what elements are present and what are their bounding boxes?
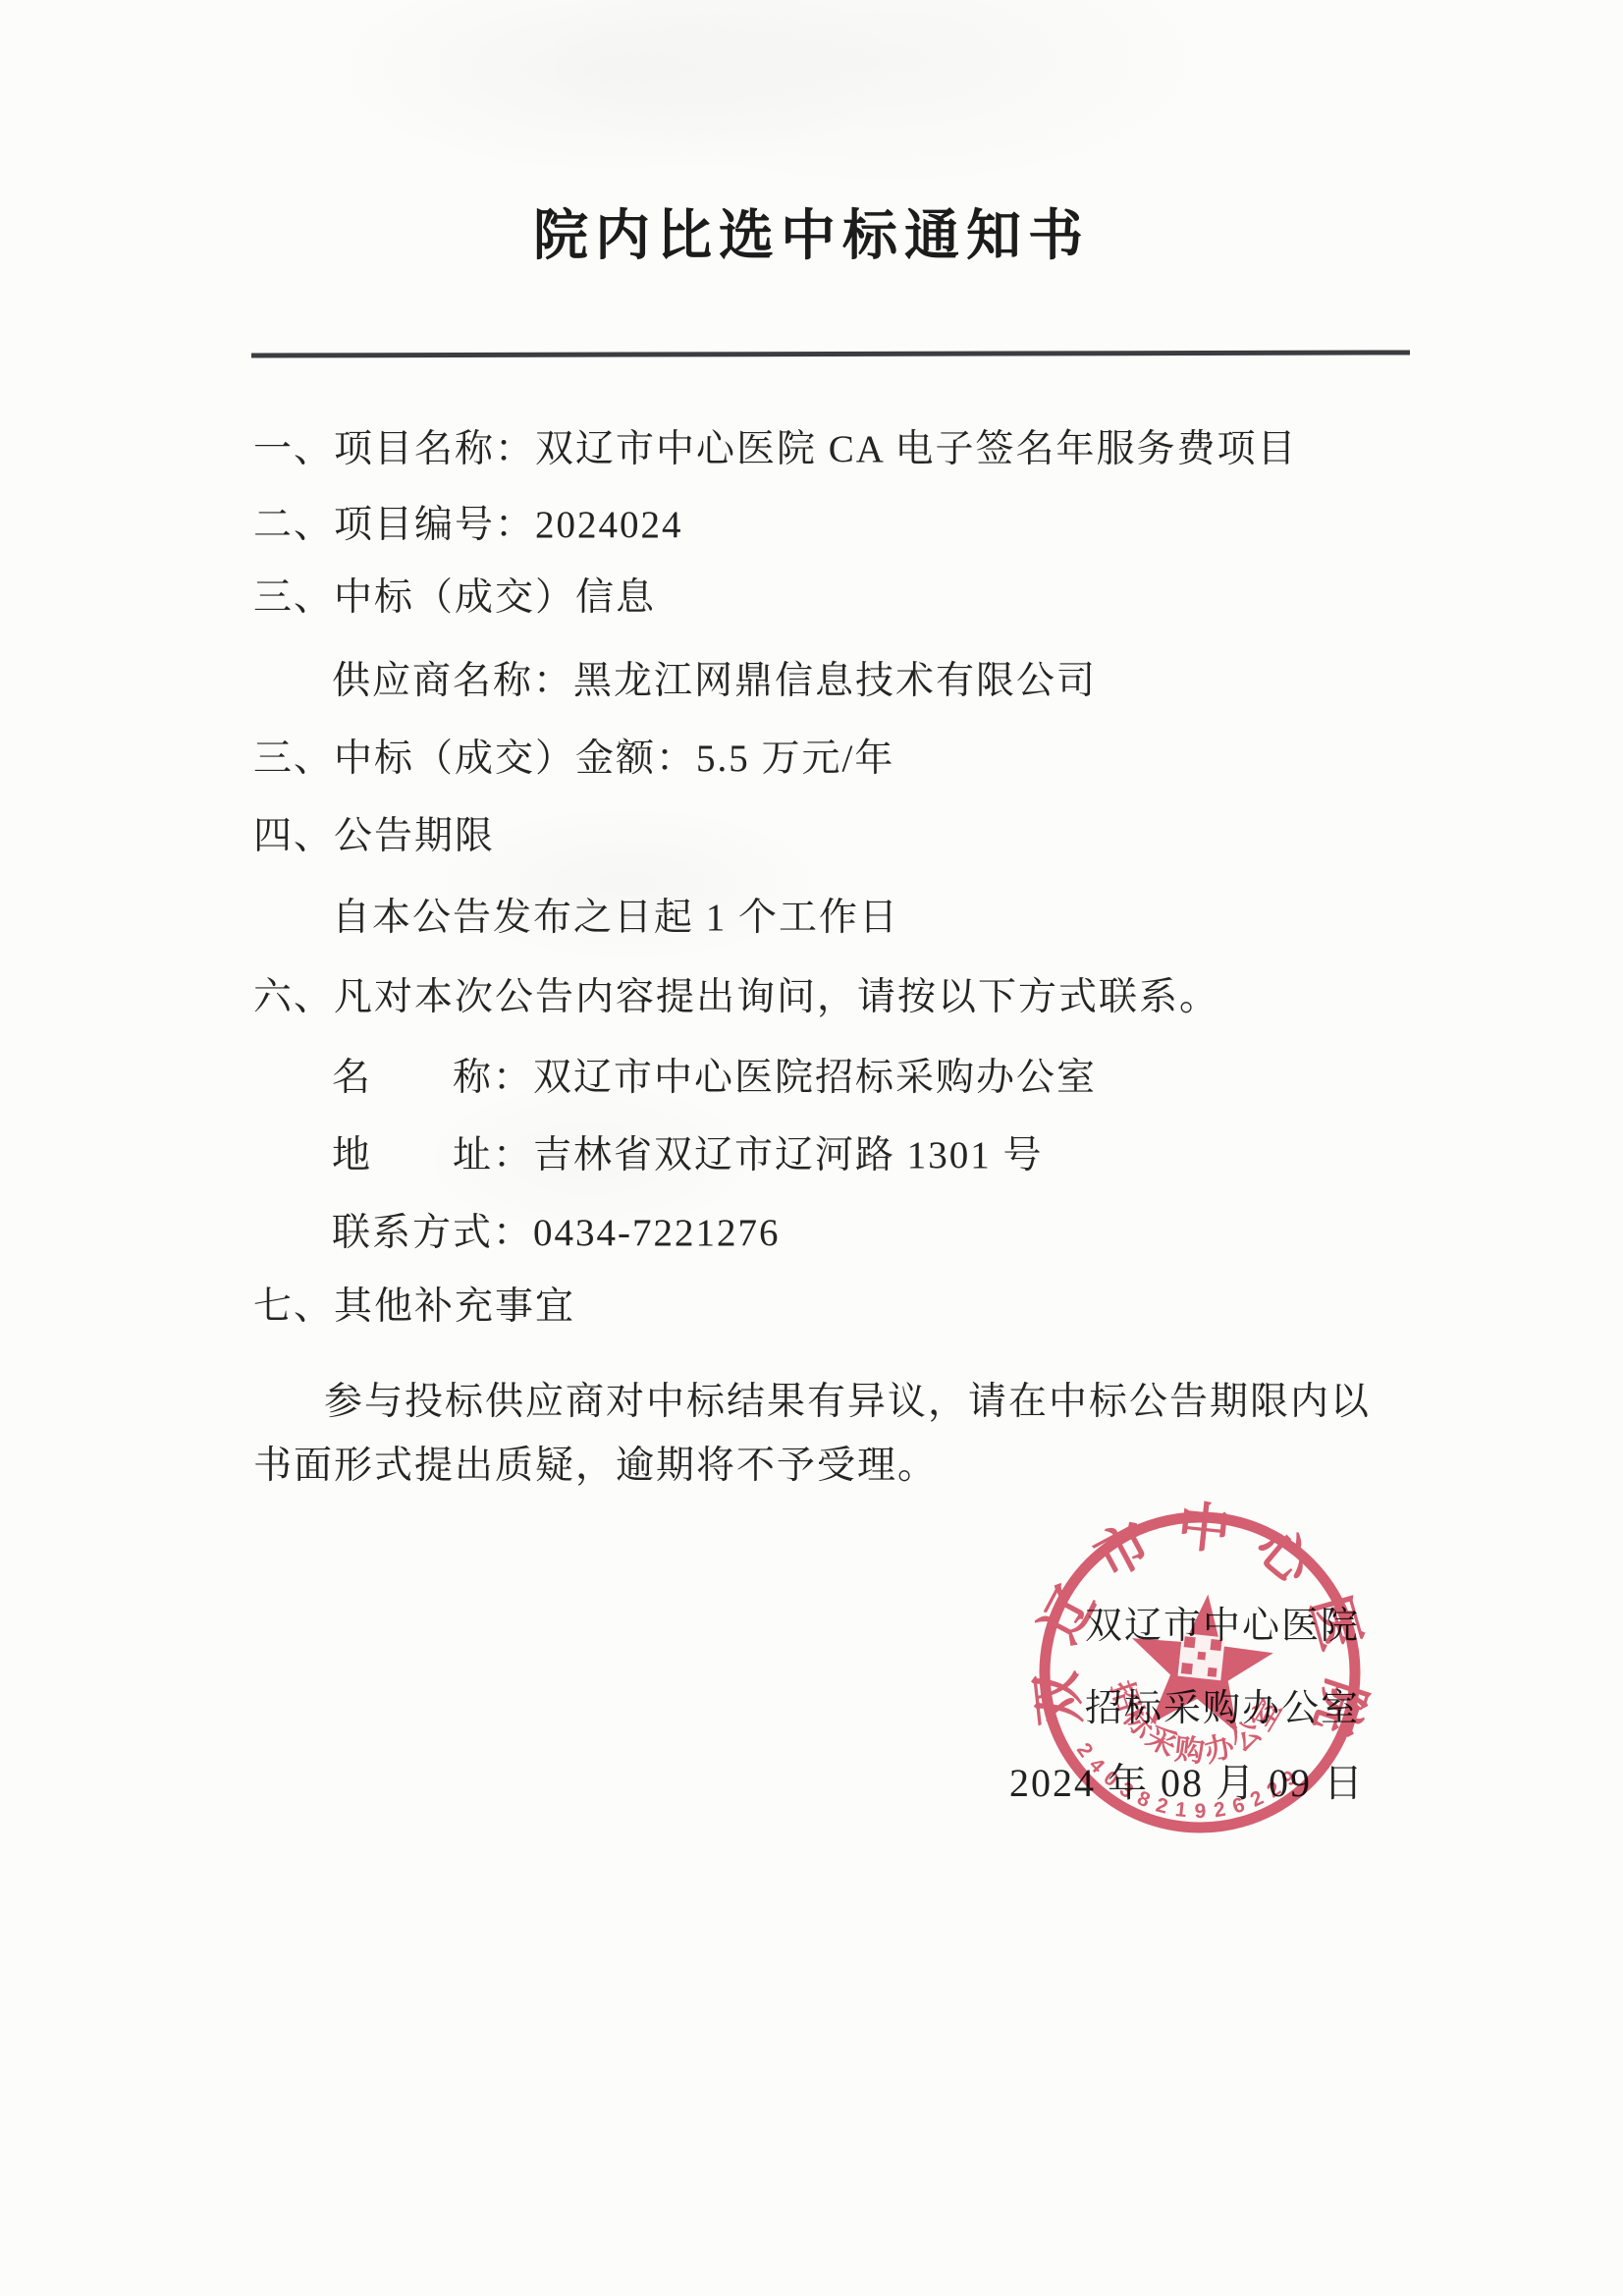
line-objection-1: 参与投标供应商对中标结果有异议，请在中标公告期限内以: [324, 1371, 1371, 1426]
line-project-name: 一、项目名称：双辽市中心医院 CA 电子签名年服务费项目: [253, 418, 1298, 473]
line-project-number: 二、项目编号：2024024: [253, 494, 683, 549]
document-page: 院内比选中标通知书 一、项目名称：双辽市中心医院 CA 电子签名年服务费项目 二…: [0, 0, 1623, 2296]
line-award-amount: 三、中标（成交）金额：5.5 万元/年: [253, 728, 894, 783]
line-notice-period: 四、公告期限: [253, 805, 495, 860]
line-contact-phone: 联系方式：0434-7221276: [332, 1202, 781, 1257]
line-other-matters: 七、其他补充事宜: [253, 1276, 575, 1331]
line-contact-addr: 地 址：吉林省双辽市辽河路 1301 号: [332, 1124, 1044, 1179]
official-seal-stamp: 双辽市中心医院 招标采购办公室 2403821926229: [1003, 1476, 1396, 1869]
signature-org-line2: 招标采购办公室: [1085, 1677, 1360, 1731]
line-supplier-name: 供应商名称：黑龙江网鼎信息技术有限公司: [332, 650, 1097, 705]
document-title: 院内比选中标通知书: [0, 192, 1623, 271]
line-objection-2: 书面形式提出质疑，逾期将不予受理。: [253, 1435, 938, 1490]
line-contact-name: 名 称：双辽市中心医院招标采购办公室: [332, 1047, 1097, 1102]
line-period-detail: 自本公告发布之日起 1 个工作日: [332, 887, 899, 942]
signature-date: 2024 年 08 月 09 日: [1009, 1752, 1365, 1808]
title-divider: [251, 350, 1410, 357]
line-inquiry: 六、凡对本次公告内容提出询问，请按以下方式联系。: [253, 966, 1219, 1021]
line-award-info: 三、中标（成交）信息: [253, 567, 656, 622]
signature-org-line1: 双辽市中心医院: [1085, 1595, 1360, 1649]
